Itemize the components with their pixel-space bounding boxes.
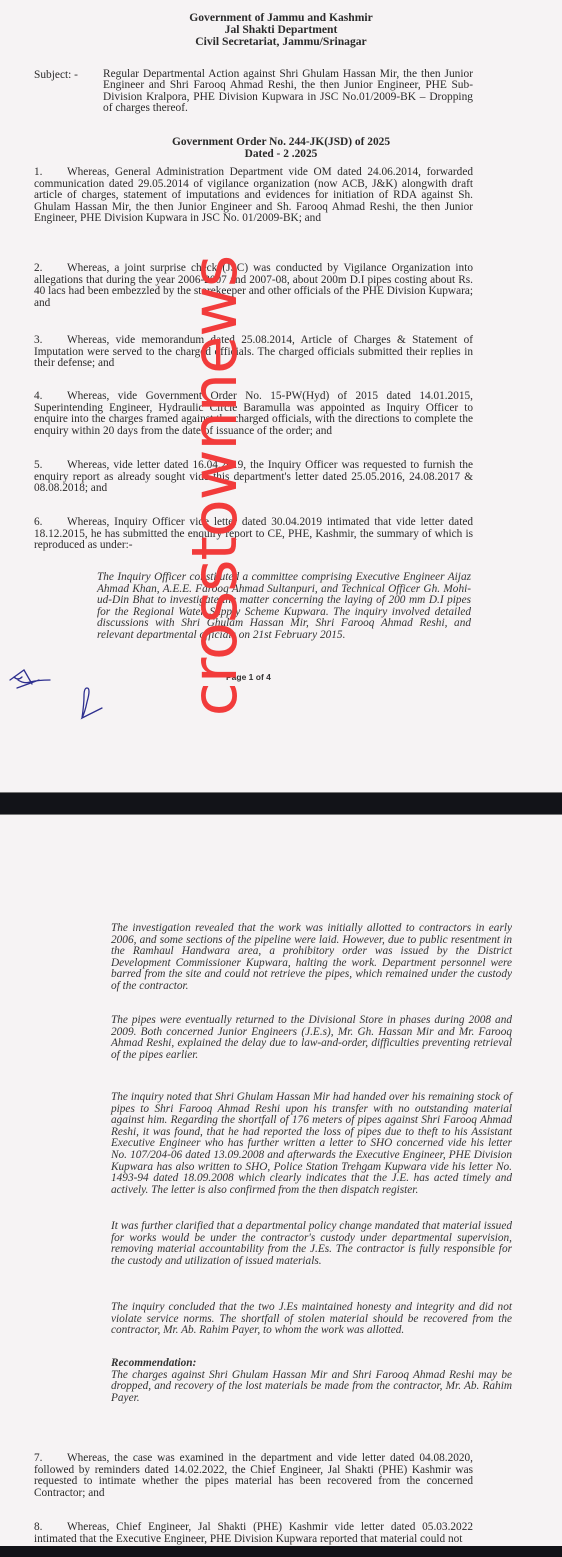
subject-label: Subject: - [34,69,78,81]
paragraph-8: 8.Whereas, Chief Engineer, Jal Shakti (P… [34,1522,473,1545]
subject-text: Regular Departmental Action against Shri… [103,69,473,115]
paragraph-1: 1.Whereas, General Administration Depart… [34,167,473,225]
page-separator [0,792,562,815]
signature-initials-2 [76,682,110,722]
inquiry-summary-quote: The Inquiry Officer constituted a commit… [97,572,471,642]
page-number: Page 1 of 4 [226,672,271,682]
paragraph-3: 3.Whereas, vide memorandum dated 25.08.2… [34,335,473,370]
paragraph-text: Whereas, vide memorandum dated 25.08.201… [34,334,473,369]
summary-paragraph-investigation: The investigation revealed that the work… [111,923,512,993]
order-date: Dated - 2 .2025 [0,149,562,161]
paragraph-text: Whereas, Chief Engineer, Jal Shakti (PHE… [34,1521,473,1545]
paragraph-text: Whereas, General Administration Departme… [34,166,473,224]
paragraph-5: 5.Whereas, vide letter dated 16.04.2019,… [34,460,473,495]
header-department: Jal Shakti Department [0,24,562,36]
recommendation-title: Recommendation: [111,1358,512,1370]
document-page-1: Government of Jammu and Kashmir Jal Shak… [0,0,562,792]
paragraph-text: Whereas, the case was examined in the de… [34,1452,473,1499]
paragraph-text: Whereas, Inquiry Officer vide letter dat… [34,516,473,551]
summary-paragraph-policy: It was further clarified that a departme… [111,1221,512,1267]
header-government: Government of Jammu and Kashmir [0,12,562,24]
bottom-bar [0,1546,562,1557]
summary-paragraph-conclusion: The inquiry concluded that the two J.Es … [111,1302,512,1337]
signature-initials-1 [4,664,54,696]
paragraph-text: Whereas, vide Government Order No. 15-PW… [34,390,473,437]
paragraph-7: 7.Whereas, the case was examined in the … [34,1453,473,1499]
paragraph-4: 4.Whereas, vide Government Order No. 15-… [34,391,473,437]
document-page-2: The investigation revealed that the work… [0,816,562,1543]
paragraph-6: 6.Whereas, Inquiry Officer vide letter d… [34,517,473,552]
order-number: Government Order No. 244-JK(JSD) of 2025 [0,137,562,149]
header-office: Civil Secretariat, Jammu/Srinagar [0,36,562,48]
summary-paragraph-shortfall: The inquiry noted that Shri Ghulam Hassa… [111,1092,512,1196]
recommendation-text: The charges against Shri Ghulam Hassan M… [111,1370,512,1405]
paragraph-2: 2.Whereas, a joint surprise check (JSC) … [34,263,473,309]
paragraph-text: Whereas, vide letter dated 16.04.2019, t… [34,459,473,494]
paragraph-text: Whereas, a joint surprise check (JSC) wa… [34,262,473,309]
summary-paragraph-pipes-returned: The pipes were eventually returned to th… [111,1015,512,1061]
recommendation-block: Recommendation: The charges against Shri… [111,1358,512,1404]
